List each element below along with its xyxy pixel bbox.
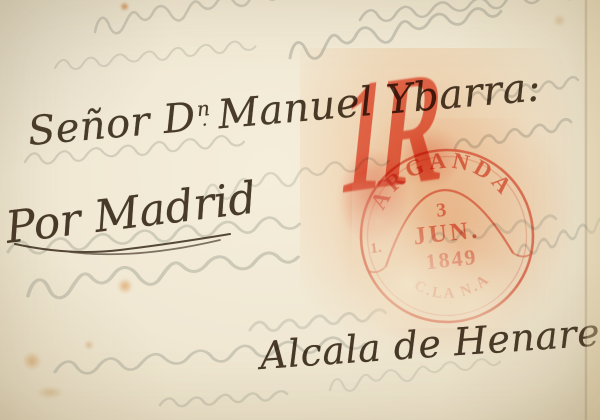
foxing-spot bbox=[36, 386, 64, 399]
address-superscript: n. bbox=[196, 99, 211, 124]
foxing-spot bbox=[84, 340, 94, 350]
paper-edge-margin bbox=[587, 0, 600, 420]
stamp-fading-patches bbox=[352, 144, 542, 328]
foxing-spot bbox=[117, 278, 133, 294]
address-salutation: Señor D bbox=[26, 94, 198, 154]
foxing-spot bbox=[120, 2, 129, 11]
routing-underline bbox=[10, 224, 250, 269]
foxing-spot bbox=[553, 14, 566, 27]
foxing-spot bbox=[22, 352, 42, 370]
letter-cover-photo: 1R ARGANDA 3 JUN. 1849 1 bbox=[0, 0, 600, 420]
